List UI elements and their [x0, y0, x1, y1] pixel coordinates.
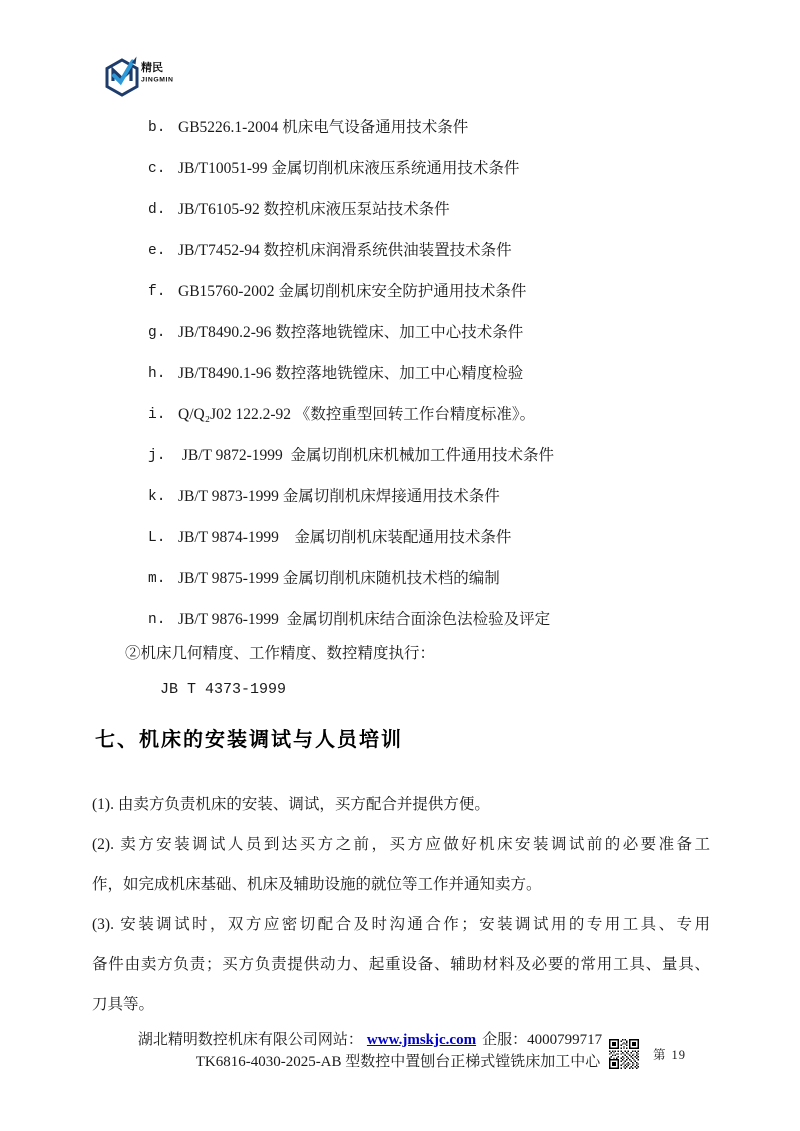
standards-list-item: i. Q/Q₂J02 122.2-92 《数控重型回转工作台精度标准》。 — [148, 406, 554, 424]
standards-list-item: g. JB/T8490.2-96 数控落地铣镗床、加工中心技术条件 — [148, 324, 554, 342]
page-number: 第19 — [653, 1045, 691, 1063]
footer: 湖北精明数控机床有限公司网站：www.jmskjc.com企服：40007997… — [100, 1029, 640, 1073]
list-item-text: Q/Q₂J02 122.2-92 《数控重型回转工作台精度标准》。 — [178, 406, 535, 424]
list-item-marker: h. — [148, 365, 178, 383]
list-item-text: JB/T 9873-1999 金属切削机床焊接通用技术条件 — [178, 488, 500, 506]
website-link[interactable]: www.jmskjc.com — [367, 1032, 476, 1048]
standards-list-item: j. JB/T 9872-1999 金属切削机床机械加工件通用技术条件 — [148, 447, 554, 465]
paragraph-line: 刀具等。 — [92, 985, 710, 1025]
list-item-text: JB/T10051-99 金属切削机床液压系统通用技术条件 — [178, 160, 519, 178]
qr-code-icon — [609, 1039, 639, 1069]
list-item-marker: i. — [148, 406, 178, 424]
list-item-marker: e. — [148, 242, 178, 260]
page-number-value: 19 — [672, 1048, 687, 1062]
list-item-marker: c. — [148, 160, 178, 178]
page-number-label: 第 — [653, 1048, 667, 1062]
precision-note: ②机床几何精度、工作精度、数控精度执行： — [125, 641, 435, 663]
paragraph-3: (3). 安装调试时，双方应密切配合及时沟通合作；安装调试用的专用工具、专用备件… — [92, 905, 710, 1025]
list-item-marker: f. — [148, 283, 178, 301]
list-item-text: JB/T 9875-1999 金属切削机床随机技术档的编制 — [178, 570, 500, 588]
list-item-text: GB15760-2002 金属切削机床安全防护通用技术条件 — [178, 283, 526, 301]
list-item-text: JB/T6105-92 数控机床液压泵站技术条件 — [178, 201, 450, 219]
list-item-text: JB/T8490.1-96 数控落地铣镗床、加工中心精度检验 — [178, 365, 523, 383]
footer-service-phone: 企服：4000799717 — [482, 1032, 602, 1048]
paragraph-2: (2). 卖方安装调试人员到达买方之前，买方应做好机床安装调试前的必要准备工作，… — [92, 825, 710, 905]
standards-list-item: f. GB15760-2002 金属切削机床安全防护通用技术条件 — [148, 283, 554, 301]
footer-company-text: 湖北精明数控机床有限公司网站： — [138, 1032, 363, 1048]
list-item-text: JB/T 9872-1999 金属切削机床机械加工件通用技术条件 — [178, 447, 554, 465]
paragraph-line: (3). 安装调试时，双方应密切配合及时沟通合作；安装调试用的专用工具、专用 — [92, 905, 710, 945]
list-item-marker: g. — [148, 324, 178, 342]
list-item-marker: b. — [148, 119, 178, 137]
precision-note-standard: JB T 4373-1999 — [160, 681, 286, 698]
standards-list-item: L. JB/T 9874-1999 金属切削机床装配通用技术条件 — [148, 529, 554, 547]
standards-list-item: d. JB/T6105-92 数控机床液压泵站技术条件 — [148, 201, 554, 219]
standards-list-item: n. JB/T 9876-1999 金属切削机床结合面涂色法检验及评定 — [148, 611, 554, 629]
standards-list-item: h. JB/T8490.1-96 数控落地铣镗床、加工中心精度检验 — [148, 365, 554, 383]
paragraph-1: (1). 由卖方负责机床的安装、调试，买方配合并提供方便。 — [92, 785, 710, 825]
company-logo: 精民 JINGMIN — [103, 53, 223, 99]
standards-list-item: m. JB/T 9875-1999 金属切削机床随机技术档的编制 — [148, 570, 554, 588]
logo-brand-en: JINGMIN — [141, 77, 174, 84]
paragraph-line: (2). 卖方安装调试人员到达买方之前，买方应做好机床安装调试前的必要准备工 — [92, 825, 710, 865]
footer-line-2: TK6816-4030-2025-AB 型数控中置刨台正梯式镗铣床加工中心 — [100, 1051, 640, 1073]
list-item-marker: L. — [148, 529, 178, 547]
list-item-marker: m. — [148, 570, 178, 588]
list-item-text: GB5226.1-2004 机床电气设备通用技术条件 — [178, 119, 468, 137]
list-item-marker: j. — [148, 447, 178, 465]
standards-list: b. GB5226.1-2004 机床电气设备通用技术条件 c. JB/T100… — [148, 119, 554, 652]
paragraph-line: 作，如完成机床基础、机床及辅助设施的就位等工作并通知卖方。 — [92, 865, 710, 905]
paragraph-line: 备件由卖方负责；买方负责提供动力、起重设备、辅助材料及必要的常用工具、量具、 — [92, 945, 710, 985]
logo-brand-cn: 精民 — [140, 60, 163, 74]
list-item-marker: d. — [148, 201, 178, 219]
standards-list-item: e. JB/T7452-94 数控机床润滑系统供油装置技术条件 — [148, 242, 554, 260]
list-item-text: JB/T8490.2-96 数控落地铣镗床、加工中心技术条件 — [178, 324, 523, 342]
list-item-text: JB/T7452-94 数控机床润滑系统供油装置技术条件 — [178, 242, 512, 260]
section-heading: 七、机床的安装调试与人员培训 — [95, 723, 403, 752]
list-item-marker: n. — [148, 611, 178, 629]
standards-list-item: c. JB/T10051-99 金属切削机床液压系统通用技术条件 — [148, 160, 554, 178]
list-item-text: JB/T 9876-1999 金属切削机床结合面涂色法检验及评定 — [178, 611, 550, 629]
document-page: 精民 JINGMIN b. GB5226.1-2004 机床电气设备通用技术条件… — [0, 0, 800, 1131]
list-item-text: JB/T 9874-1999 金属切削机床装配通用技术条件 — [178, 529, 511, 547]
jingmin-logo-icon: 精民 JINGMIN — [103, 53, 223, 99]
standards-list-item: k. JB/T 9873-1999 金属切削机床焊接通用技术条件 — [148, 488, 554, 506]
standards-list-item: b. GB5226.1-2004 机床电气设备通用技术条件 — [148, 119, 554, 137]
list-item-marker: k. — [148, 488, 178, 506]
footer-line-1: 湖北精明数控机床有限公司网站：www.jmskjc.com企服：40007997… — [100, 1029, 640, 1051]
paragraph-line: (1). 由卖方负责机床的安装、调试，买方配合并提供方便。 — [92, 785, 710, 825]
